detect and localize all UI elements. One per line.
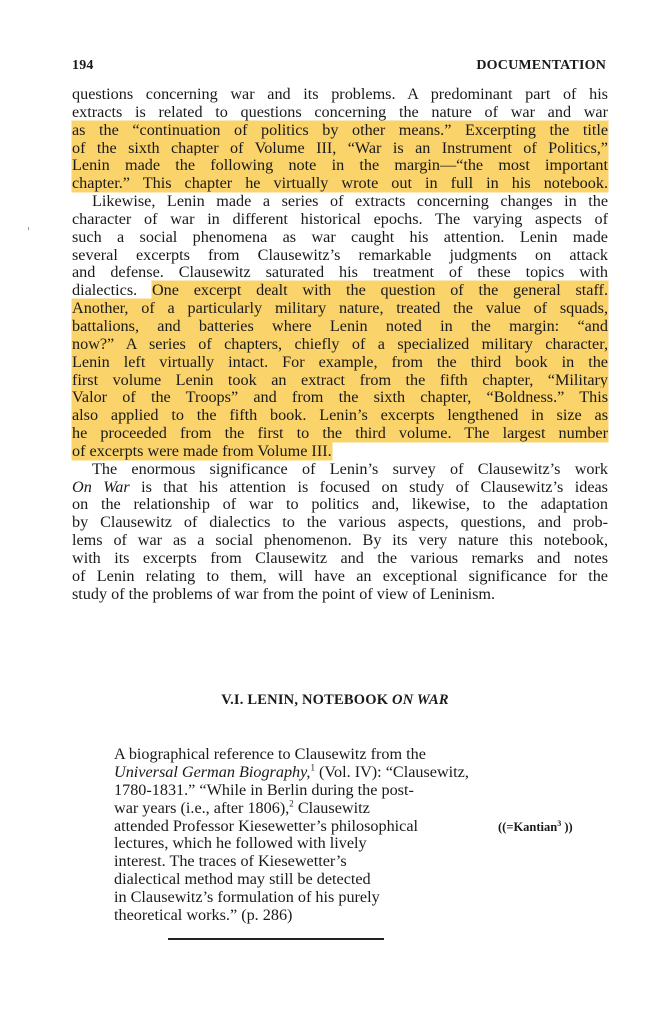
text-segment: lems of war as a social phenomenon. By i… — [72, 531, 608, 549]
quote-line: attended Professor Kiesewetter’s philoso… — [114, 818, 534, 836]
quote-text: interest. The traces of Kiesewetter’s — [114, 852, 347, 870]
quote-text: Clausewitz — [294, 799, 370, 817]
text-line: first volume Lenin took an extract from … — [72, 372, 608, 390]
margin-note-text: ((=Kantian — [498, 820, 557, 834]
highlighted-text: Another, of a particularly military natu… — [72, 299, 608, 317]
section-end-rule — [168, 938, 384, 940]
text-segment: Likewise, Lenin made a series of extract… — [92, 192, 608, 210]
text-line: study of the problems of war from the po… — [72, 586, 608, 604]
quote-line: 1780-1831.” “While in Berlin during the … — [114, 782, 534, 800]
quote-text: A biographical reference to Clausewitz f… — [114, 745, 426, 763]
highlighted-text: Lenin made the following note in the mar… — [72, 156, 608, 174]
text-line: questions concerning war and its problem… — [72, 86, 608, 104]
section-title-prefix: V.I. LENIN, NOTEBOOK — [221, 692, 392, 708]
text-line: battalions, and batteries where Lenin no… — [72, 318, 608, 336]
highlighted-text: battalions, and batteries where Lenin no… — [72, 317, 608, 335]
margin-note-close: )) — [561, 820, 572, 834]
text-line: as the “continuation of politics by othe… — [72, 122, 608, 140]
quote-line: theoretical works.” (p. 286) — [114, 907, 534, 925]
text-line: and defense. Clausewitz saturated his tr… — [72, 264, 608, 282]
text-line: extracts is related to questions concern… — [72, 104, 608, 122]
highlighted-text: as the “continuation of politics by othe… — [72, 121, 451, 139]
margin-note: ((=Kantian3 )) — [498, 820, 573, 835]
text-line: Lenin left virtually intact. For example… — [72, 354, 608, 372]
text-segment: by Clausewitz of dialectics to the vario… — [72, 513, 608, 531]
text-line: by Clausewitz of dialectics to the vario… — [72, 514, 608, 532]
quote-line: interest. The traces of Kiesewetter’s — [114, 853, 534, 871]
text-line: of Lenin relating to them, will have an … — [72, 568, 608, 586]
highlighted-text: One excerpt dealt with the question of t… — [152, 281, 608, 299]
text-line: character of war in different historical… — [72, 211, 608, 229]
highlighted-text: Lenin left virtually intact. For example… — [72, 353, 608, 371]
text-line: Valor of the Troops” and from the sixth … — [72, 389, 608, 407]
highlighted-text: of excerpts were made from Volume III. — [72, 442, 332, 460]
text-line: with its excerpts from Clausewitz and th… — [72, 550, 608, 568]
quote-text: (Vol. IV): “Clausewitz, — [315, 763, 469, 781]
text-line: of the sixth chapter of Volume III, “War… — [72, 140, 608, 158]
text-line: chapter.” This chapter he virtually wrot… — [72, 175, 608, 193]
quote-text: dialectical method may still be detected — [114, 870, 371, 888]
text-line: also applied to the fifth book. Lenin’s … — [72, 407, 608, 425]
text-line: now?” A series of chapters, chiefly of a… — [72, 336, 608, 354]
quote-line: in Clausewitz’s formulation of his purel… — [114, 889, 534, 907]
quote-text: attended Professor Kiesewetter’s philoso… — [114, 817, 418, 835]
quote-text: war years (i.e., after 1806), — [114, 799, 289, 817]
highlighted-text: chapter.” This chapter he virtually wrot… — [72, 174, 608, 192]
text-segment: several excerpts from Clausewitz’s remar… — [72, 246, 608, 264]
text-segment: On War — [72, 478, 130, 496]
text-line: Lenin made the following note in the mar… — [72, 157, 608, 175]
text-line: such a social phenomena as war caught hi… — [72, 229, 608, 247]
text-line: Likewise, Lenin made a series of extract… — [72, 193, 608, 211]
text-segment: character of war in different historical… — [72, 210, 608, 228]
text-line: several excerpts from Clausewitz’s remar… — [72, 247, 608, 265]
quote-text: Universal German Biography, — [114, 763, 310, 781]
text-segment: and defense. Clausewitz saturated his tr… — [72, 263, 608, 281]
text-line: Another, of a particularly military natu… — [72, 300, 608, 318]
running-head: 194 DOCUMENTATION — [72, 58, 606, 74]
biographical-quote: A biographical reference to Clausewitz f… — [114, 746, 534, 925]
text-line: On War is that his attention is focused … — [72, 479, 608, 497]
text-line: he proceeded from the first to the third… — [72, 425, 608, 443]
text-segment: study of the problems of war from the po… — [72, 585, 495, 603]
highlighted-text: also applied to the fifth book. Lenin’s … — [72, 406, 608, 424]
highlighted-text: first volume Lenin took an extract from … — [72, 371, 608, 389]
highlighted-text: now?” A series of chapters, chiefly of a… — [72, 335, 608, 353]
highlighted-text: Excerpting the title — [451, 121, 608, 139]
text-segment: The enormous significance of Lenin’s sur… — [92, 460, 608, 478]
text-line: of excerpts were made from Volume III. — [72, 443, 608, 461]
text-segment: is that his attention is focused on stud… — [130, 478, 608, 496]
text-line: lems of war as a social phenomenon. By i… — [72, 532, 608, 550]
text-segment: dialectics. — [72, 281, 152, 299]
highlighted-text: he proceeded from the first to the third… — [72, 424, 608, 442]
text-line: The enormous significance of Lenin’s sur… — [72, 461, 608, 479]
text-segment: with its excerpts from Clausewitz and th… — [72, 549, 608, 567]
text-line: on the relationship of war to politics a… — [72, 496, 608, 514]
running-title: DOCUMENTATION — [476, 58, 606, 74]
text-segment: on the relationship of war to politics a… — [72, 495, 608, 513]
quote-line: Universal German Biography,1 (Vol. IV): … — [114, 764, 534, 782]
quote-text: 1780-1831.” “While in Berlin during the … — [114, 781, 414, 799]
quote-text: in Clausewitz’s formulation of his purel… — [114, 888, 380, 906]
stray-scan-mark — [28, 227, 29, 230]
section-title-italic: ON WAR — [392, 692, 449, 708]
highlighted-text: Valor of the Troops” and from the sixth … — [72, 388, 608, 406]
text-segment: such a social phenomena as war caught hi… — [72, 228, 608, 246]
text-line: dialectics. One excerpt dealt with the q… — [72, 282, 608, 300]
page-number: 194 — [72, 58, 94, 74]
text-segment: of Lenin relating to them, will have an … — [72, 567, 608, 585]
highlighted-text: of the sixth chapter of Volume III, “War… — [72, 139, 608, 157]
quote-line: war years (i.e., after 1806),2 Clausewit… — [114, 800, 534, 818]
quote-line: dialectical method may still be detected — [114, 871, 534, 889]
quote-line: lectures, which he followed with lively — [114, 835, 534, 853]
body-paragraphs: questions concerning war and its problem… — [72, 86, 608, 603]
quote-text: theoretical works.” (p. 286) — [114, 906, 292, 924]
text-segment: extracts is related to questions concern… — [72, 103, 608, 121]
quote-line: A biographical reference to Clausewitz f… — [114, 746, 534, 764]
text-segment: questions concerning war and its problem… — [72, 85, 608, 103]
section-title: V.I. LENIN, NOTEBOOK ON WAR — [0, 692, 670, 709]
quote-text: lectures, which he followed with lively — [114, 834, 367, 852]
